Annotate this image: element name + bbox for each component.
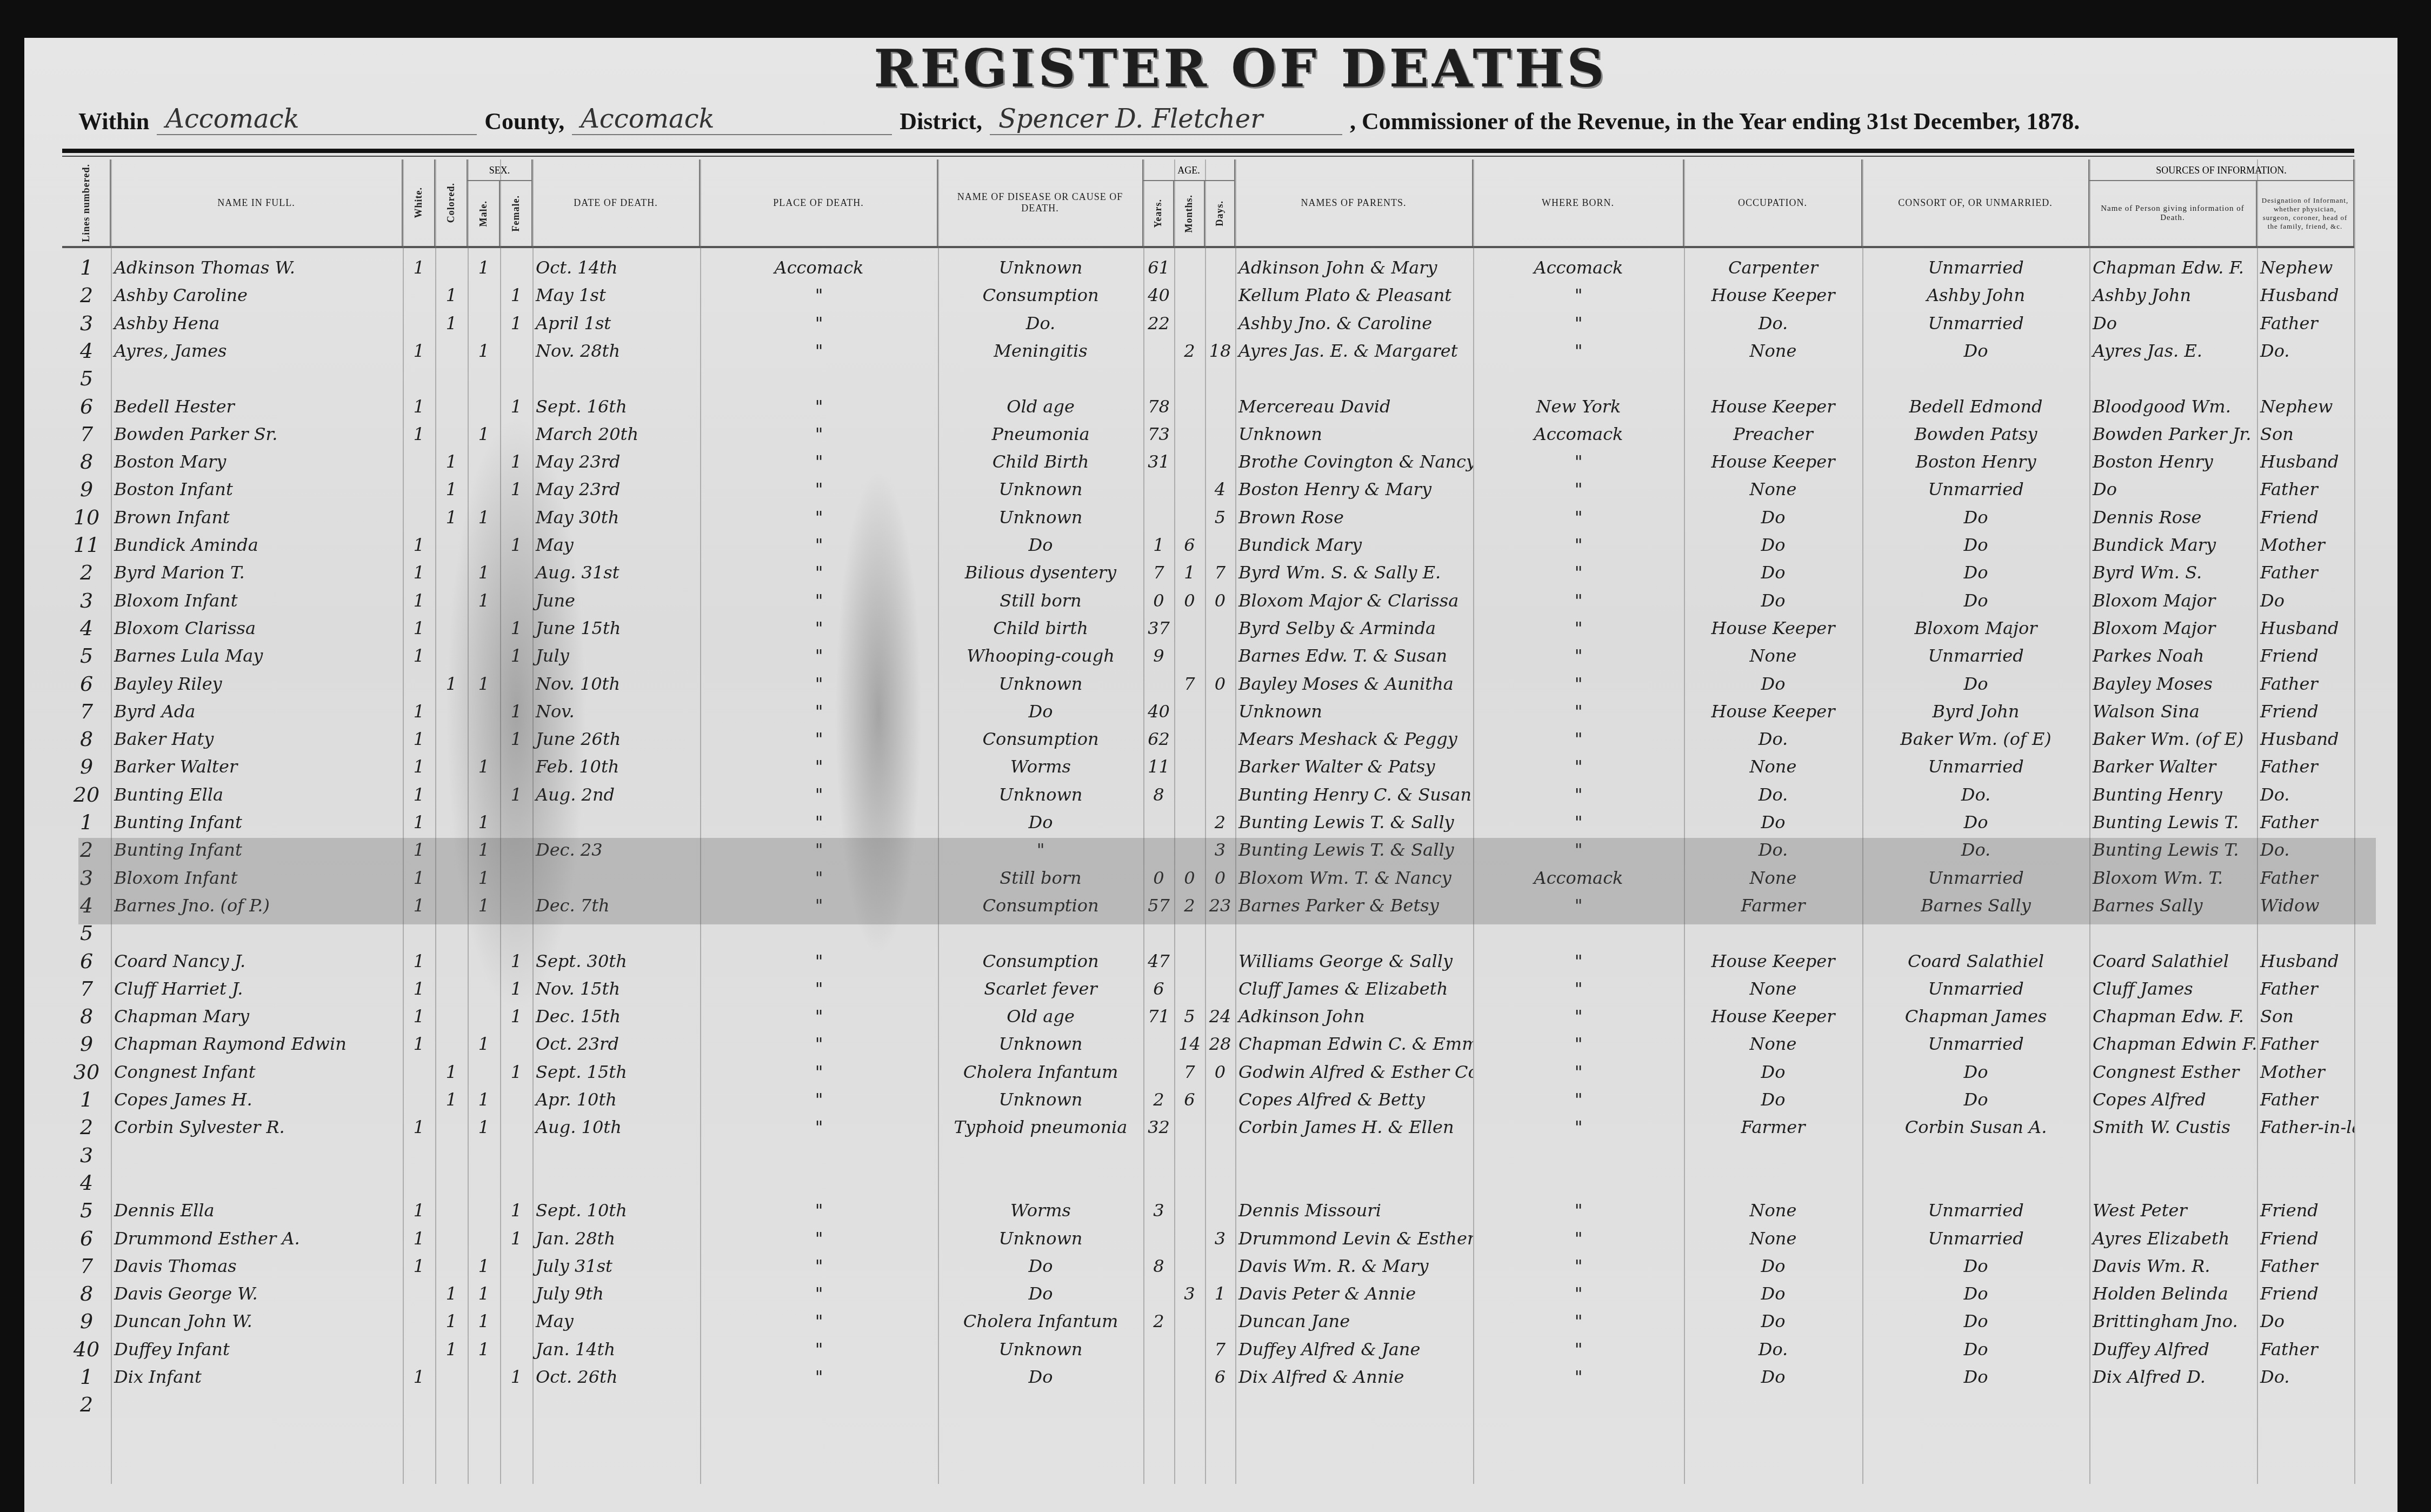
cell-line: 6 [62,393,111,421]
cell-days: 24 [1205,1003,1235,1030]
cell-consort: Unmarried [1862,753,2089,781]
cell-occupation: Do [1684,531,1862,559]
cell-days [1205,1253,1235,1280]
table-row: 8Boston Mary11May 23rd"Child Birth31Brot… [62,448,2354,476]
cell-days [1205,1308,1235,1335]
cell-cause: Do [938,1363,1143,1391]
cell-name: Barker Walter [111,753,403,781]
cell-months: 7 [1174,670,1205,698]
cell-years [1143,1363,1174,1391]
cell-line: 7 [62,1253,111,1280]
cell-parents: Byrd Selby & Arminda [1235,615,1473,642]
col-months: Months. [1174,181,1205,246]
cell-cause: Unknown [938,1086,1143,1114]
cell-consort: Do [1862,337,2089,365]
cell-colored: 1 [435,1336,468,1363]
cell-name: Duffey Infant [111,1336,403,1363]
cell-name: Bundick Aminda [111,531,403,559]
cell-consort: Do [1862,670,2089,698]
cell-months [1174,642,1205,670]
cell-name: Barnes Lula May [111,642,403,670]
cell-occupation: House Keeper [1684,698,1862,725]
cell-days: 2 [1205,809,1235,836]
cell-days: 1 [1205,1280,1235,1308]
cell-cause: Cholera Infantum [938,1308,1143,1335]
cell-informant: West Peter [2089,1197,2257,1224]
cell-months: 2 [1174,337,1205,365]
cell-name [111,1142,403,1169]
cell-occupation: House Keeper [1684,448,1862,476]
cell-informant: Smith W. Custis [2089,1114,2257,1141]
page-title: REGISTER OF DEATHS [797,38,1684,99]
cell-date: July 9th [532,1280,700,1308]
cell-consort [1862,1142,2089,1169]
cell-occupation: Preacher [1684,421,1862,448]
cell-months [1174,448,1205,476]
cell-informant: Parkes Noah [2089,642,2257,670]
col-female: Female. [500,181,532,246]
cell-years: 3 [1143,1197,1174,1224]
table-row: 2 [62,1391,2354,1418]
cell-informant: Bloodgood Wm. [2089,393,2257,421]
cell-occupation: None [1684,753,1862,781]
age-group-header: AGE. [1143,159,1235,181]
cell-parents: Bloxom Major & Clarissa [1235,587,1473,615]
cell-male [468,1225,500,1253]
cell-white: 1 [403,781,435,809]
table-row: 10Brown Infant11May 30th"Unknown5Brown R… [62,504,2354,531]
cell-years [1143,476,1174,503]
cell-name: Boston Mary [111,448,403,476]
cell-consort: Unmarried [1862,975,2089,1003]
cell-white: 1 [403,421,435,448]
col-parents: NAMES OF PARENTS. [1235,159,1473,246]
cell-female [500,1086,532,1114]
cell-line: 1 [62,809,111,836]
cell-date: May 1st [532,282,700,309]
table-row: 8Chapman Mary11Dec. 15th"Old age71524Adk… [62,1003,2354,1030]
cell-designation: Do. [2257,337,2354,365]
cell-years: 0 [1143,587,1174,615]
cell-cause: Old age [938,1003,1143,1030]
cell-line: 1 [62,1086,111,1114]
cell-occupation: None [1684,1197,1862,1224]
cell-consort: Bowden Patsy [1862,421,2089,448]
cell-informant: Bloxom Major [2089,615,2257,642]
cell-line: 9 [62,1030,111,1058]
cell-born: " [1473,1058,1684,1086]
cell-occupation: Do. [1684,310,1862,337]
cell-informant: Bundick Mary [2089,531,2257,559]
table-row: 6Coard Nancy J.11Sept. 30th"Consumption4… [62,948,2354,975]
cell-born: " [1473,1003,1684,1030]
cell-date: Oct. 26th [532,1363,700,1391]
cell-consort: Corbin Susan A. [1862,1114,2089,1141]
cell-years: 47 [1143,948,1174,975]
cell-colored [435,1225,468,1253]
col-white: White. [403,159,435,246]
cell-white [403,1058,435,1086]
cell-designation: Father [2257,476,2354,503]
cell-line: 2 [62,559,111,587]
scan-edge [2399,0,2431,1512]
table-row: 5Barnes Lula May11July"Whooping-cough9Ba… [62,642,2354,670]
col-place: PLACE OF DEATH. [700,159,938,246]
cell-cause: Scarlet fever [938,975,1143,1003]
cell-cause: Unknown [938,670,1143,698]
cell-years: 40 [1143,282,1174,309]
cell-colored [435,1169,468,1197]
cell-parents [1235,1142,1473,1169]
cell-name: Davis Thomas [111,1253,403,1280]
cell-months [1174,1391,1205,1418]
cell-line: 4 [62,1169,111,1197]
cell-white: 1 [403,587,435,615]
cell-days: 7 [1205,1336,1235,1363]
cell-parents: Dix Alfred & Annie [1235,1363,1473,1391]
cell-name: Dennis Ella [111,1197,403,1224]
cell-line: 6 [62,948,111,975]
cell-occupation: None [1684,975,1862,1003]
cell-parents: Ayres Jas. E. & Margaret [1235,337,1473,365]
cell-white [403,670,435,698]
cell-consort: Do [1862,1363,2089,1391]
cell-days [1205,365,1235,392]
cell-name: Drummond Esther A. [111,1225,403,1253]
cell-place: " [700,1114,938,1141]
cell-days [1205,1197,1235,1224]
cell-born: " [1473,1253,1684,1280]
cell-cause: Bilious dysentery [938,559,1143,587]
cell-white [403,448,435,476]
cell-years [1143,1058,1174,1086]
cell-informant: Chapman Edw. F. [2089,254,2257,282]
cell-years: 71 [1143,1003,1174,1030]
cell-occupation: Do [1684,1363,1862,1391]
cell-designation: Father [2257,753,2354,781]
cell-years: 22 [1143,310,1174,337]
cell-place: " [700,1253,938,1280]
cell-informant: Barker Walter [2089,753,2257,781]
cell-date: Nov. 28th [532,337,700,365]
cell-years: 7 [1143,559,1174,587]
col-days: Days. [1205,181,1235,246]
cell-designation: Do. [2257,1363,2354,1391]
col-occupation: OCCUPATION. [1684,159,1862,246]
cell-parents: Duffey Alfred & Jane [1235,1336,1473,1363]
cell-cause: Do [938,1280,1143,1308]
cell-name: Boston Infant [111,476,403,503]
cell-place: " [700,1336,938,1363]
col-name: NAME IN FULL. [111,159,403,246]
col-informant: Name of Person giving information of Dea… [2089,181,2257,246]
cell-cause: Unknown [938,1336,1143,1363]
header-rule-thin [62,156,2354,157]
cell-informant: Copes Alfred [2089,1086,2257,1114]
cell-born [1473,1142,1684,1169]
cell-line: 1 [62,254,111,282]
cell-designation: Son [2257,421,2354,448]
cell-consort: Boston Henry [1862,448,2089,476]
cell-female: 1 [500,282,532,309]
cell-occupation: Do [1684,559,1862,587]
cell-born: " [1473,809,1684,836]
cell-days: 18 [1205,337,1235,365]
cell-months [1174,365,1205,392]
cell-female [500,1030,532,1058]
cell-months [1174,254,1205,282]
cell-years: 8 [1143,1253,1174,1280]
cell-date [532,1169,700,1197]
cell-cause: Consumption [938,282,1143,309]
cell-designation: Husband [2257,725,2354,753]
cell-cause: Do [938,1253,1143,1280]
cell-consort: Unmarried [1862,254,2089,282]
cell-months [1174,781,1205,809]
cell-days: 6 [1205,1363,1235,1391]
cell-line: 9 [62,476,111,503]
cell-designation: Father [2257,809,2354,836]
cell-place: " [700,1030,938,1058]
cell-informant: Bowden Parker Jr. [2089,421,2257,448]
cell-months [1174,615,1205,642]
table-row: 7Bowden Parker Sr.11March 20th"Pneumonia… [62,421,2354,448]
cell-place [700,1142,938,1169]
table-row: 9Barker Walter11Feb. 10th"Worms11Barker … [62,753,2354,781]
cell-born: " [1473,448,1684,476]
cell-years [1143,1336,1174,1363]
cell-female [500,1142,532,1169]
cell-place: " [700,1086,938,1114]
cell-line: 30 [62,1058,111,1086]
cell-months: 14 [1174,1030,1205,1058]
cell-years: 61 [1143,254,1174,282]
cell-parents: Unknown [1235,698,1473,725]
cell-occupation: Do [1684,1253,1862,1280]
table-row: 9Chapman Raymond Edwin11Oct. 23rd"Unknow… [62,1030,2354,1058]
cell-date: Aug. 10th [532,1114,700,1141]
cell-white: 1 [403,698,435,725]
cell-designation: Husband [2257,615,2354,642]
cell-years: 8 [1143,781,1174,809]
cell-date: Oct. 23rd [532,1030,700,1058]
cell-born: New York [1473,393,1684,421]
table-row: 4Ayres, James11Nov. 28th"Meningitis218Ay… [62,337,2354,365]
cell-consort: Do [1862,1058,2089,1086]
cell-consort: Chapman James [1862,1003,2089,1030]
county-value: Accomack [572,104,892,135]
table-row: 1Bunting Infant11"Do2Bunting Lewis T. & … [62,809,2354,836]
cell-date: Sept. 15th [532,1058,700,1086]
cell-white: 1 [403,1363,435,1391]
cell-days [1205,1169,1235,1197]
cell-date: Apr. 10th [532,1086,700,1114]
cell-informant: Duffey Alfred [2089,1336,2257,1363]
cell-days [1205,282,1235,309]
within-label: Within [78,108,149,135]
cell-name: Bloxom Clarissa [111,615,403,642]
table-row: 6Bayley Riley11Nov. 10th"Unknown70Bayley… [62,670,2354,698]
cell-informant: Coard Salathiel [2089,948,2257,975]
cell-parents: Brothe Covington & Nancy [1235,448,1473,476]
table-row: 1Dix Infant11Oct. 26th"Do6Dix Alfred & A… [62,1363,2354,1391]
cell-white: 1 [403,337,435,365]
cell-designation: Father [2257,1336,2354,1363]
cell-informant: Baker Wm. (of E) [2089,725,2257,753]
cell-born: " [1473,531,1684,559]
cell-designation: Father [2257,559,2354,587]
cell-consort [1862,1391,2089,1418]
cell-white [403,1169,435,1197]
cell-colored: 1 [435,1058,468,1086]
cell-designation: Do [2257,1308,2354,1335]
cell-born: " [1473,1197,1684,1224]
register-subheader: Within Accomack County, Accomack Distric… [78,92,2376,135]
cell-parents: Barker Walter & Patsy [1235,753,1473,781]
cell-designation [2257,365,2354,392]
cell-months [1174,1336,1205,1363]
cell-days: 5 [1205,504,1235,531]
cell-white: 1 [403,254,435,282]
cell-male [468,1058,500,1086]
cell-born: " [1473,975,1684,1003]
cell-designation: Son [2257,1003,2354,1030]
cell-line: 8 [62,1280,111,1308]
cell-cause: Whooping-cough [938,642,1143,670]
cell-colored [435,1030,468,1058]
cell-consort: Do [1862,1280,2089,1308]
cell-white: 1 [403,975,435,1003]
cell-years: 1 [1143,531,1174,559]
cell-months: 1 [1174,559,1205,587]
table-row: 11Bundick Aminda11May"Do16Bundick Mary"D… [62,531,2354,559]
cell-informant: Walson Sina [2089,698,2257,725]
cell-months [1174,421,1205,448]
cell-years: 32 [1143,1114,1174,1141]
cell-months [1174,948,1205,975]
cell-designation: Husband [2257,282,2354,309]
cell-informant: Bloxom Major [2089,587,2257,615]
cell-occupation: Do. [1684,781,1862,809]
cell-consort [1862,365,2089,392]
cell-months [1174,1363,1205,1391]
cell-place: " [700,337,938,365]
cell-designation: Husband [2257,448,2354,476]
cell-male: 1 [468,1336,500,1363]
cell-male: 1 [468,1030,500,1058]
table-row: 2Ashby Caroline11May 1st"Consumption40Ke… [62,282,2354,309]
cell-years [1143,670,1174,698]
cell-colored [435,1142,468,1169]
cell-female [500,337,532,365]
cell-name [111,365,403,392]
cell-parents: Boston Henry & Mary [1235,476,1473,503]
col-years: Years. [1143,181,1174,246]
cell-occupation: None [1684,1030,1862,1058]
cell-male: 1 [468,337,500,365]
cell-place: " [700,421,938,448]
cell-designation: Father [2257,1253,2354,1280]
stain [446,416,587,1011]
cell-born [1473,1169,1684,1197]
cell-white: 1 [403,725,435,753]
cell-designation: Mother [2257,531,2354,559]
cell-designation: Nephew [2257,393,2354,421]
cell-place: " [700,310,938,337]
cell-consort: Do [1862,1253,2089,1280]
cell-days: 0 [1205,670,1235,698]
cell-days [1205,615,1235,642]
cell-informant [2089,1142,2257,1169]
cell-designation: Mother [2257,1058,2354,1086]
cell-years [1143,1142,1174,1169]
tape-repair [78,838,2376,924]
table-row: 7Davis Thomas11July 31st"Do8Davis Wm. R.… [62,1253,2354,1280]
cell-years: 37 [1143,615,1174,642]
cell-days [1205,781,1235,809]
cell-parents: Dennis Missouri [1235,1197,1473,1224]
cell-place: Accomack [700,254,938,282]
cell-designation: Husband [2257,948,2354,975]
cell-colored [435,337,468,365]
cell-days [1205,531,1235,559]
cell-born: " [1473,310,1684,337]
cell-name: Brown Infant [111,504,403,531]
cell-white [403,365,435,392]
cell-white: 1 [403,531,435,559]
cell-male [468,310,500,337]
cell-years: 31 [1143,448,1174,476]
cell-days [1205,948,1235,975]
cell-consort: Do [1862,531,2089,559]
table-row: 3Ashby Hena11April 1st"Do.22Ashby Jno. &… [62,310,2354,337]
cell-designation: Father [2257,1030,2354,1058]
cell-informant: Dennis Rose [2089,504,2257,531]
cell-months: 6 [1174,531,1205,559]
cell-name: Ayres, James [111,337,403,365]
cell-informant: Ayres Elizabeth [2089,1225,2257,1253]
cell-female: 1 [500,310,532,337]
cell-parents: Mercereau David [1235,393,1473,421]
cell-male: 1 [468,1086,500,1114]
cell-born: " [1473,1363,1684,1391]
cell-white: 1 [403,1003,435,1030]
cell-days: 0 [1205,1058,1235,1086]
cell-years [1143,1169,1174,1197]
cell-days [1205,975,1235,1003]
cell-informant: Ayres Jas. E. [2089,337,2257,365]
cell-designation: Do. [2257,781,2354,809]
cell-colored [435,254,468,282]
stain [835,470,922,957]
table-row: 20Bunting Ella11Aug. 2nd"Unknown8Bunting… [62,781,2354,809]
cell-years [1143,1225,1174,1253]
cell-cause: Pneumonia [938,421,1143,448]
cell-name: Bayley Riley [111,670,403,698]
cell-informant: Do [2089,476,2257,503]
cell-male: 1 [468,1308,500,1335]
cell-months [1174,1225,1205,1253]
cell-line: 8 [62,1003,111,1030]
cell-born: " [1473,642,1684,670]
cell-days [1205,421,1235,448]
cell-informant: Dix Alfred D. [2089,1363,2257,1391]
cell-parents: Unknown [1235,421,1473,448]
cell-occupation: Do [1684,1280,1862,1308]
table-row: 3 [62,1142,2354,1169]
cell-parents: Bunting Henry C. & Susan [1235,781,1473,809]
cell-parents: Kellum Plato & Pleasant [1235,282,1473,309]
